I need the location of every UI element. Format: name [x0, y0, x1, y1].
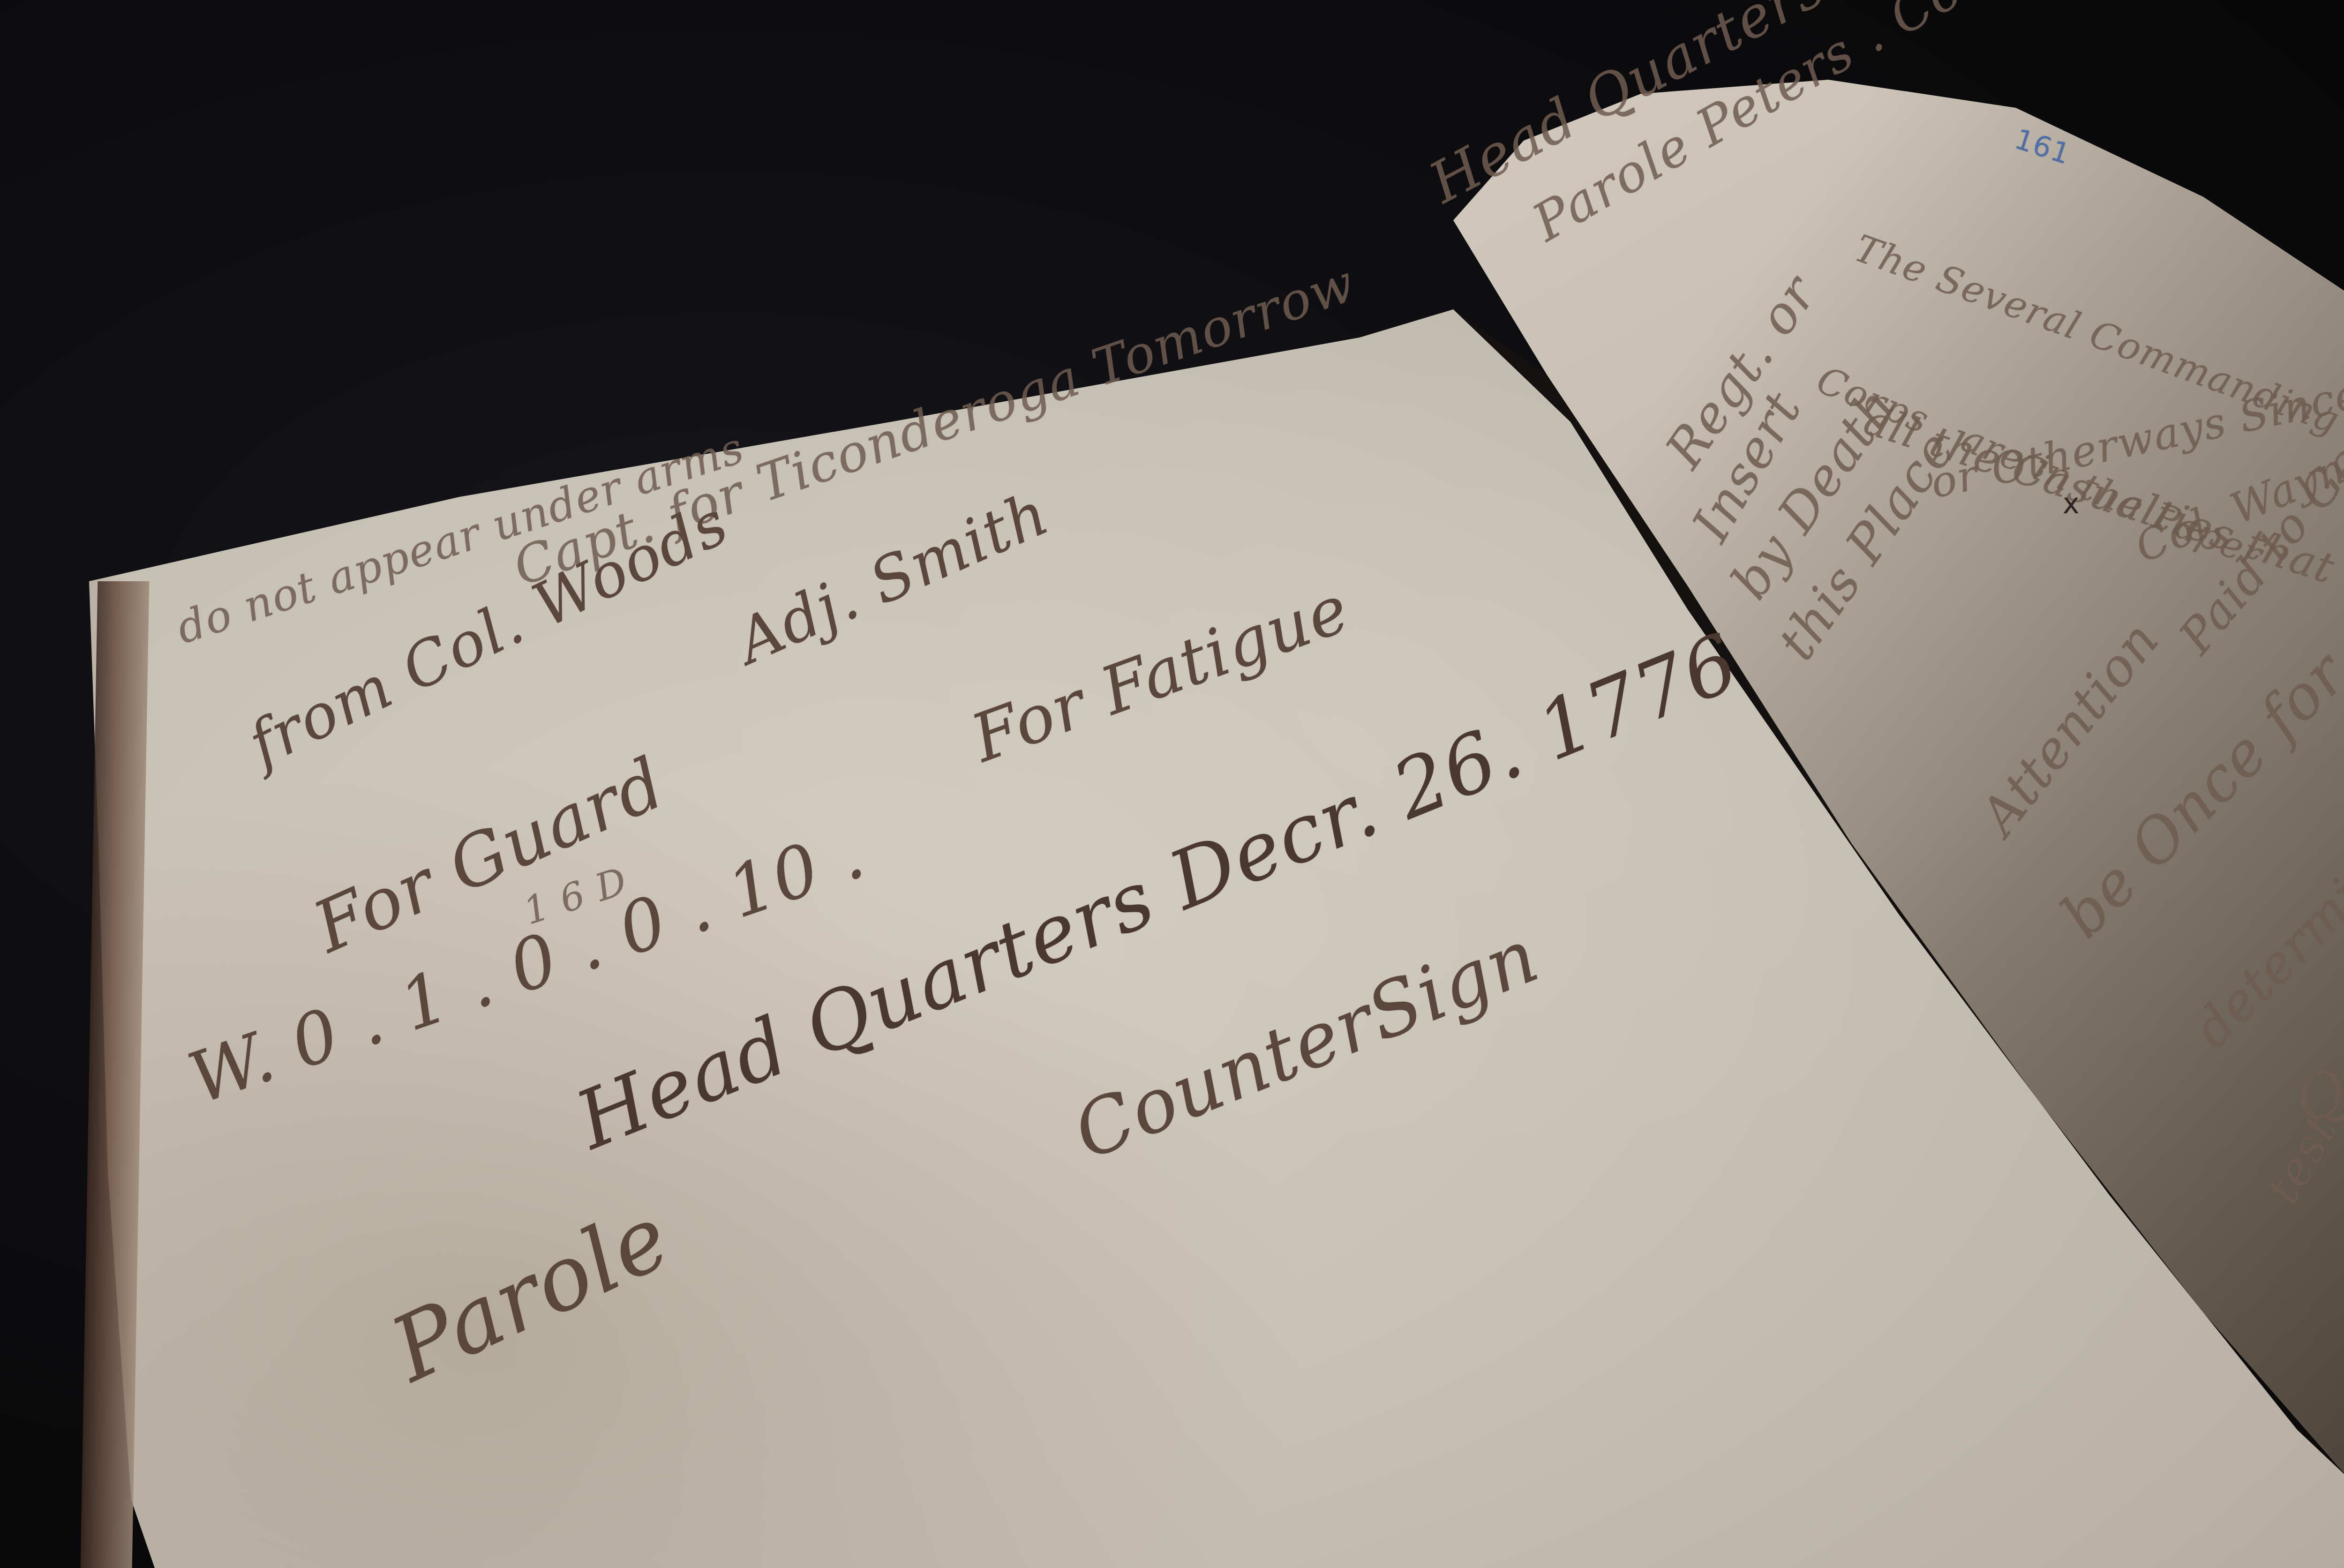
x-mark: x — [2063, 488, 2081, 520]
